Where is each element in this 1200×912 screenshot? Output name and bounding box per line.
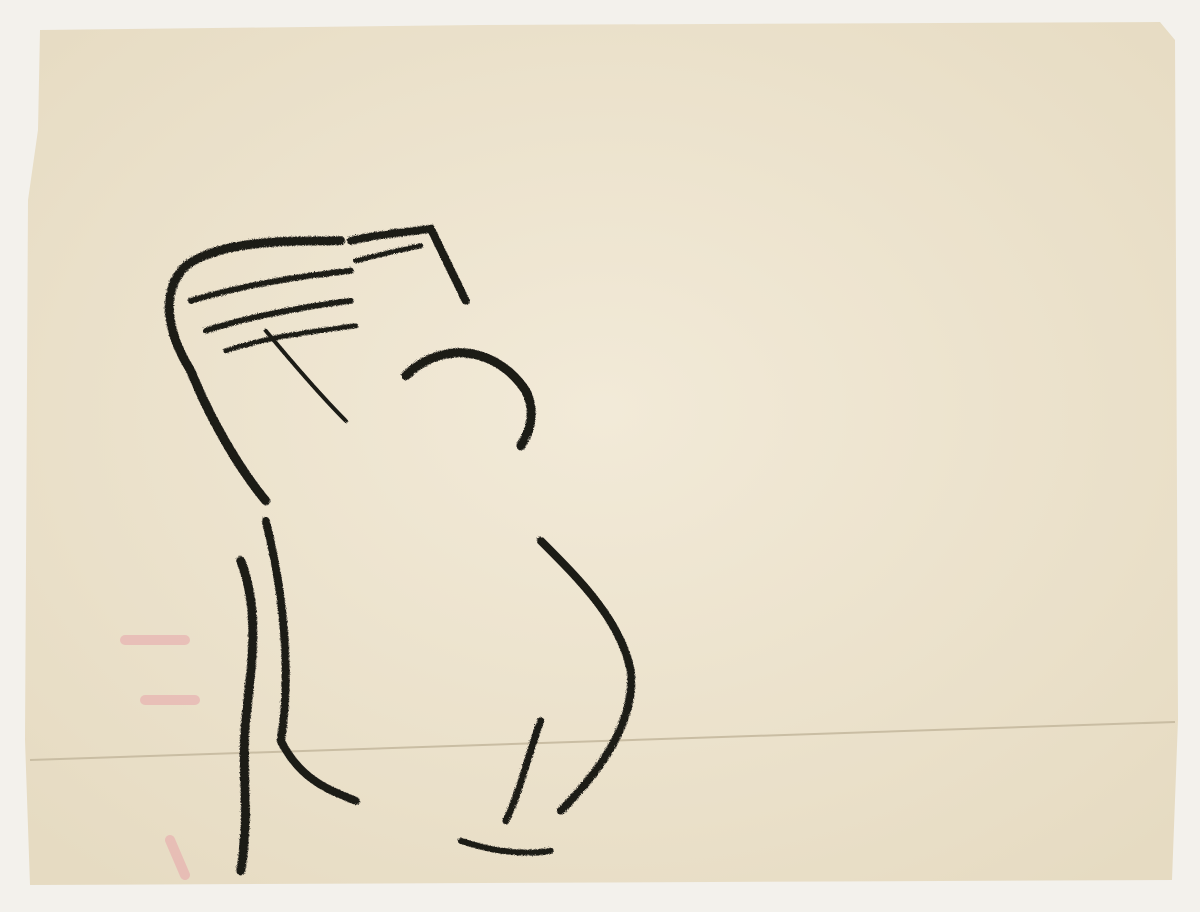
artwork — [0, 0, 1200, 912]
